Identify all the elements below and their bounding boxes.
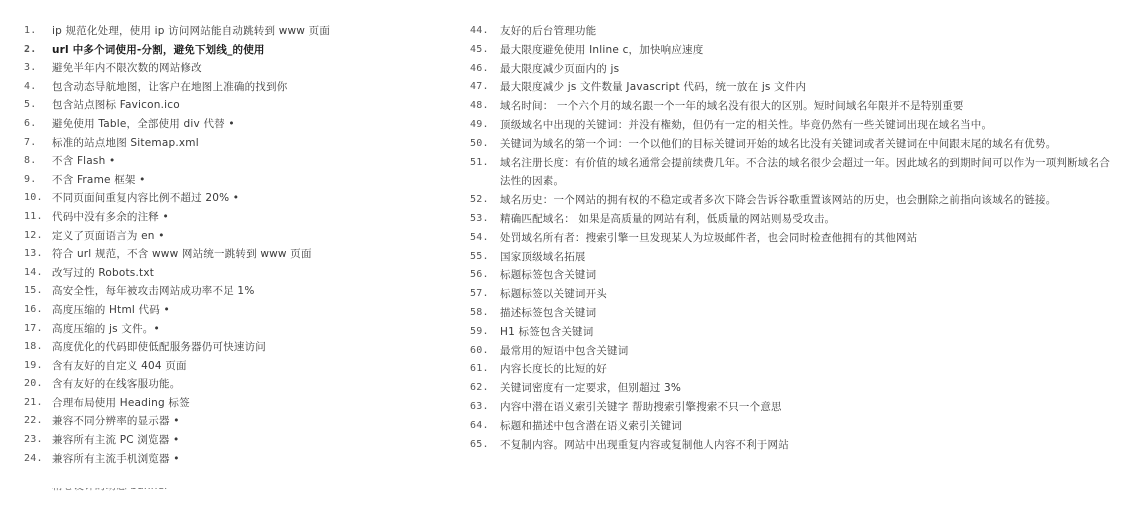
item-text: 标准的站点地图 Sitemap.xml — [52, 134, 444, 153]
list-item: 64.标题和描述中包含潜在语义索引关键词 — [470, 417, 1120, 436]
list-item: 17.高度压缩的 js 文件。• — [24, 320, 444, 339]
item-text: 合理布局使用 Heading 标签 — [52, 394, 444, 413]
list-item: 19.含有友好的自定义 404 页面 — [24, 357, 444, 376]
list-item: 50.关键词为域名的第一个词：一个以他们的目标关键词开始的域名比没有关键词或者关… — [470, 135, 1120, 154]
item-text: 不含 Frame 框架 • — [52, 171, 444, 190]
item-text: 关键词密度有一定要求，但别超过 3% — [500, 379, 1120, 398]
item-number: 1. — [24, 22, 52, 41]
list-item: 21.合理布局使用 Heading 标签 — [24, 394, 444, 413]
item-number: 48. — [470, 97, 500, 116]
item-number: 19. — [24, 357, 52, 376]
list-item: 55.国家顶级域名拓展 — [470, 248, 1120, 267]
list-item: 45.最大限度避免使用 Inline c，加快响应速度 — [470, 41, 1120, 60]
item-text: 内容长度长的比短的好 — [500, 360, 1120, 379]
list-item: 13.符合 url 规范，不含 www 网站统一跳转到 www 页面 — [24, 245, 444, 264]
item-number: 50. — [470, 135, 500, 154]
item-text: 含有友好的在线客服功能。 — [52, 375, 444, 394]
list-item: 47.最大限度减少 js 文件数量 Javascript 代码，统一放在 js … — [470, 78, 1120, 97]
item-number: 65. — [470, 436, 500, 455]
item-number: 11. — [24, 208, 52, 227]
item-text: 最大限度避免使用 Inline c，加快响应速度 — [500, 41, 1120, 60]
item-text: 最大限度减少 js 文件数量 Javascript 代码，统一放在 js 文件内 — [500, 78, 1120, 97]
item-number: 17. — [24, 320, 52, 339]
list-item: 60.最常用的短语中包含关键词 — [470, 342, 1120, 361]
right-column: 44.友好的后台管理功能 45.最大限度避免使用 Inline c，加快响应速度… — [470, 22, 1120, 454]
item-text: 包含动态导航地图，让客户在地图上准确的找到你 — [52, 78, 444, 97]
list-item: 16.高度压缩的 Html 代码 • — [24, 301, 444, 320]
item-number: 4. — [24, 78, 52, 97]
item-text: 避免使用 Table，全部使用 div 代替 • — [52, 115, 444, 134]
list-item: 58.描述标签包含关键词 — [470, 304, 1120, 323]
list-item: 59.H1 标签包含关键词 — [470, 323, 1120, 342]
item-number: 25. — [24, 488, 52, 494]
list-item: 10.不同页面间重复内容比例不超过 20% • — [24, 189, 444, 208]
item-text: 标题标签以关键词开头 — [500, 285, 1120, 304]
list-item: 9.不含 Frame 框架 • — [24, 171, 444, 190]
item-number: 5. — [24, 96, 52, 115]
item-text: url 中多个词使用-分割，避免下划线_的使用 — [52, 41, 444, 60]
item-number: 2. — [24, 41, 52, 60]
list-item: 56.标题标签包含关键词 — [470, 266, 1120, 285]
item-number: 62. — [470, 379, 500, 398]
item-text: 高度压缩的 js 文件。• — [52, 320, 444, 339]
item-number: 14. — [24, 264, 52, 283]
list-item: 14.改写过的 Robots.txt — [24, 264, 444, 283]
item-text: 标题和描述中包含潜在语义索引关键词 — [500, 417, 1120, 436]
list-item: 18.高度优化的代码即使低配服务器仍可快速访问 — [24, 338, 444, 357]
list-item: 24.兼容所有主流手机浏览器 • — [24, 450, 444, 469]
list-item: 11.代码中没有多余的注释 • — [24, 208, 444, 227]
item-number: 21. — [24, 394, 52, 413]
item-text: 高度压缩的 Html 代码 • — [52, 301, 444, 320]
list-item: 54.处罚域名所有者：搜索引擎一旦发现某人为垃圾邮件者，也会同时检查他拥有的其他… — [470, 229, 1120, 248]
item-text: 域名历史：一个网站的拥有权的不稳定或者多次下降会告诉谷歌重置该网站的历史，也会删… — [500, 191, 1120, 210]
item-number: 7. — [24, 134, 52, 153]
list-item: 2.url 中多个词使用-分割，避免下划线_的使用 — [24, 41, 444, 60]
item-number: 15. — [24, 282, 52, 301]
item-number: 24. — [24, 450, 52, 469]
item-number: 46. — [470, 60, 500, 79]
clipped-list-item: 25.精心设计的动态 banner — [24, 488, 224, 494]
item-number: 60. — [470, 342, 500, 361]
item-number: 51. — [470, 154, 500, 192]
list-item: 22.兼容不同分辨率的显示器 • — [24, 412, 444, 431]
item-text: 避免半年内不限次数的网站修改 — [52, 59, 444, 78]
item-number: 18. — [24, 338, 52, 357]
item-text: H1 标签包含关键词 — [500, 323, 1120, 342]
item-text: 不复制内容。网站中出现重复内容或复制他人内容不利于网站 — [500, 436, 1120, 455]
item-number: 20. — [24, 375, 52, 394]
item-number: 3. — [24, 59, 52, 78]
list-item: 12.定义了页面语言为 en • — [24, 227, 444, 246]
list-item: 62.关键词密度有一定要求，但别超过 3% — [470, 379, 1120, 398]
item-text: 高度优化的代码即使低配服务器仍可快速访问 — [52, 338, 444, 357]
list-item: 46.最大限度减少页面内的 js — [470, 60, 1120, 79]
item-text: 精确匹配域名： 如果是高质量的网站有利，低质量的网站则易受攻击。 — [500, 210, 1120, 229]
list-item: 65.不复制内容。网站中出现重复内容或复制他人内容不利于网站 — [470, 436, 1120, 455]
list-item: 15.高安全性，每年被攻击网站成功率不足 1% — [24, 282, 444, 301]
item-number: 12. — [24, 227, 52, 246]
list-item: 52.域名历史：一个网站的拥有权的不稳定或者多次下降会告诉谷歌重置该网站的历史，… — [470, 191, 1120, 210]
item-text: 友好的后台管理功能 — [500, 22, 1120, 41]
item-text: 精心设计的动态 banner — [52, 488, 224, 494]
item-text: 改写过的 Robots.txt — [52, 264, 444, 283]
item-text: 兼容不同分辨率的显示器 • — [52, 412, 444, 431]
item-number: 45. — [470, 41, 500, 60]
item-number: 16. — [24, 301, 52, 320]
item-number: 49. — [470, 116, 500, 135]
list-item: 49.顶级域名中出现的关键词：并没有権劾，但仍有一定的相关性。毕竟仍然有一些关键… — [470, 116, 1120, 135]
list-item: 7.标准的站点地图 Sitemap.xml — [24, 134, 444, 153]
item-number: 22. — [24, 412, 52, 431]
list-item: 8.不含 Flash • — [24, 152, 444, 171]
item-number: 57. — [470, 285, 500, 304]
item-number: 13. — [24, 245, 52, 264]
item-number: 6. — [24, 115, 52, 134]
list-item: 5.包含站点图标 Favicon.ico — [24, 96, 444, 115]
item-text: 内容中潜在语义索引关键字 帮助搜索引擎搜索不只一个意思 — [500, 398, 1120, 417]
item-text: 代码中没有多余的注释 • — [52, 208, 444, 227]
item-number: 63. — [470, 398, 500, 417]
item-number: 44. — [470, 22, 500, 41]
item-number: 47. — [470, 78, 500, 97]
list-item: 44.友好的后台管理功能 — [470, 22, 1120, 41]
item-text: ip 规范化处理，使用 ip 访问网站能自动跳转到 www 页面 — [52, 22, 444, 41]
item-text: 不含 Flash • — [52, 152, 444, 171]
item-number: 9. — [24, 171, 52, 190]
item-text: 国家顶级域名拓展 — [500, 248, 1120, 267]
item-text: 兼容所有主流 PC 浏览器 • — [52, 431, 444, 450]
item-number: 8. — [24, 152, 52, 171]
list-item: 25.精心设计的动态 banner — [24, 488, 224, 494]
item-number: 55. — [470, 248, 500, 267]
list-item: 53.精确匹配域名： 如果是高质量的网站有利，低质量的网站则易受攻击。 — [470, 210, 1120, 229]
list-item: 61.内容长度长的比短的好 — [470, 360, 1120, 379]
item-text: 最大限度减少页面内的 js — [500, 60, 1120, 79]
list-item: 57.标题标签以关键词开头 — [470, 285, 1120, 304]
item-number: 56. — [470, 266, 500, 285]
item-number: 58. — [470, 304, 500, 323]
item-text: 符合 url 规范，不含 www 网站统一跳转到 www 页面 — [52, 245, 444, 264]
list-item: 63.内容中潜在语义索引关键字 帮助搜索引擎搜索不只一个意思 — [470, 398, 1120, 417]
list-item: 4.包含动态导航地图，让客户在地图上准确的找到你 — [24, 78, 444, 97]
item-text: 含有友好的自定义 404 页面 — [52, 357, 444, 376]
list-item: 51.域名注册长度：有价值的域名通常会提前续费几年。不合法的域名很少会超过一年。… — [470, 154, 1120, 192]
list-item: 1.ip 规范化处理，使用 ip 访问网站能自动跳转到 www 页面 — [24, 22, 444, 41]
item-text: 包含站点图标 Favicon.ico — [52, 96, 444, 115]
item-number: 64. — [470, 417, 500, 436]
item-number: 23. — [24, 431, 52, 450]
item-number: 61. — [470, 360, 500, 379]
item-text: 兼容所有主流手机浏览器 • — [52, 450, 444, 469]
list-item: 6.避免使用 Table，全部使用 div 代替 • — [24, 115, 444, 134]
item-text: 处罚域名所有者：搜索引擎一旦发现某人为垃圾邮件者，也会同时检查他拥有的其他网站 — [500, 229, 1120, 248]
item-text: 域名注册长度：有价值的域名通常会提前续费几年。不合法的域名很少会超过一年。因此域… — [500, 154, 1120, 192]
item-text: 域名时间： 一个六个月的域名跟一个一年的域名没有很大的区别。短时间域名年限并不是… — [500, 97, 1120, 116]
item-number: 59. — [470, 323, 500, 342]
item-text: 描述标签包含关键词 — [500, 304, 1120, 323]
item-text: 顶级域名中出现的关键词：并没有権劾，但仍有一定的相关性。毕竟仍然有一些关键词出现… — [500, 116, 1120, 135]
item-text: 高安全性，每年被攻击网站成功率不足 1% — [52, 282, 444, 301]
item-text: 定义了页面语言为 en • — [52, 227, 444, 246]
item-text: 关键词为域名的第一个词：一个以他们的目标关键词开始的域名比没有关键词或者关键词在… — [500, 135, 1120, 154]
list-item: 3.避免半年内不限次数的网站修改 — [24, 59, 444, 78]
list-item: 20.含有友好的在线客服功能。 — [24, 375, 444, 394]
item-text: 标题标签包含关键词 — [500, 266, 1120, 285]
item-text: 不同页面间重复内容比例不超过 20% • — [52, 189, 444, 208]
item-number: 10. — [24, 189, 52, 208]
item-number: 54. — [470, 229, 500, 248]
left-column: 1.ip 规范化处理，使用 ip 访问网站能自动跳转到 www 页面 2.url… — [24, 22, 444, 468]
list-item: 23.兼容所有主流 PC 浏览器 • — [24, 431, 444, 450]
list-item: 48.域名时间： 一个六个月的域名跟一个一年的域名没有很大的区别。短时间域名年限… — [470, 97, 1120, 116]
item-number: 52. — [470, 191, 500, 210]
item-text: 最常用的短语中包含关键词 — [500, 342, 1120, 361]
item-number: 53. — [470, 210, 500, 229]
